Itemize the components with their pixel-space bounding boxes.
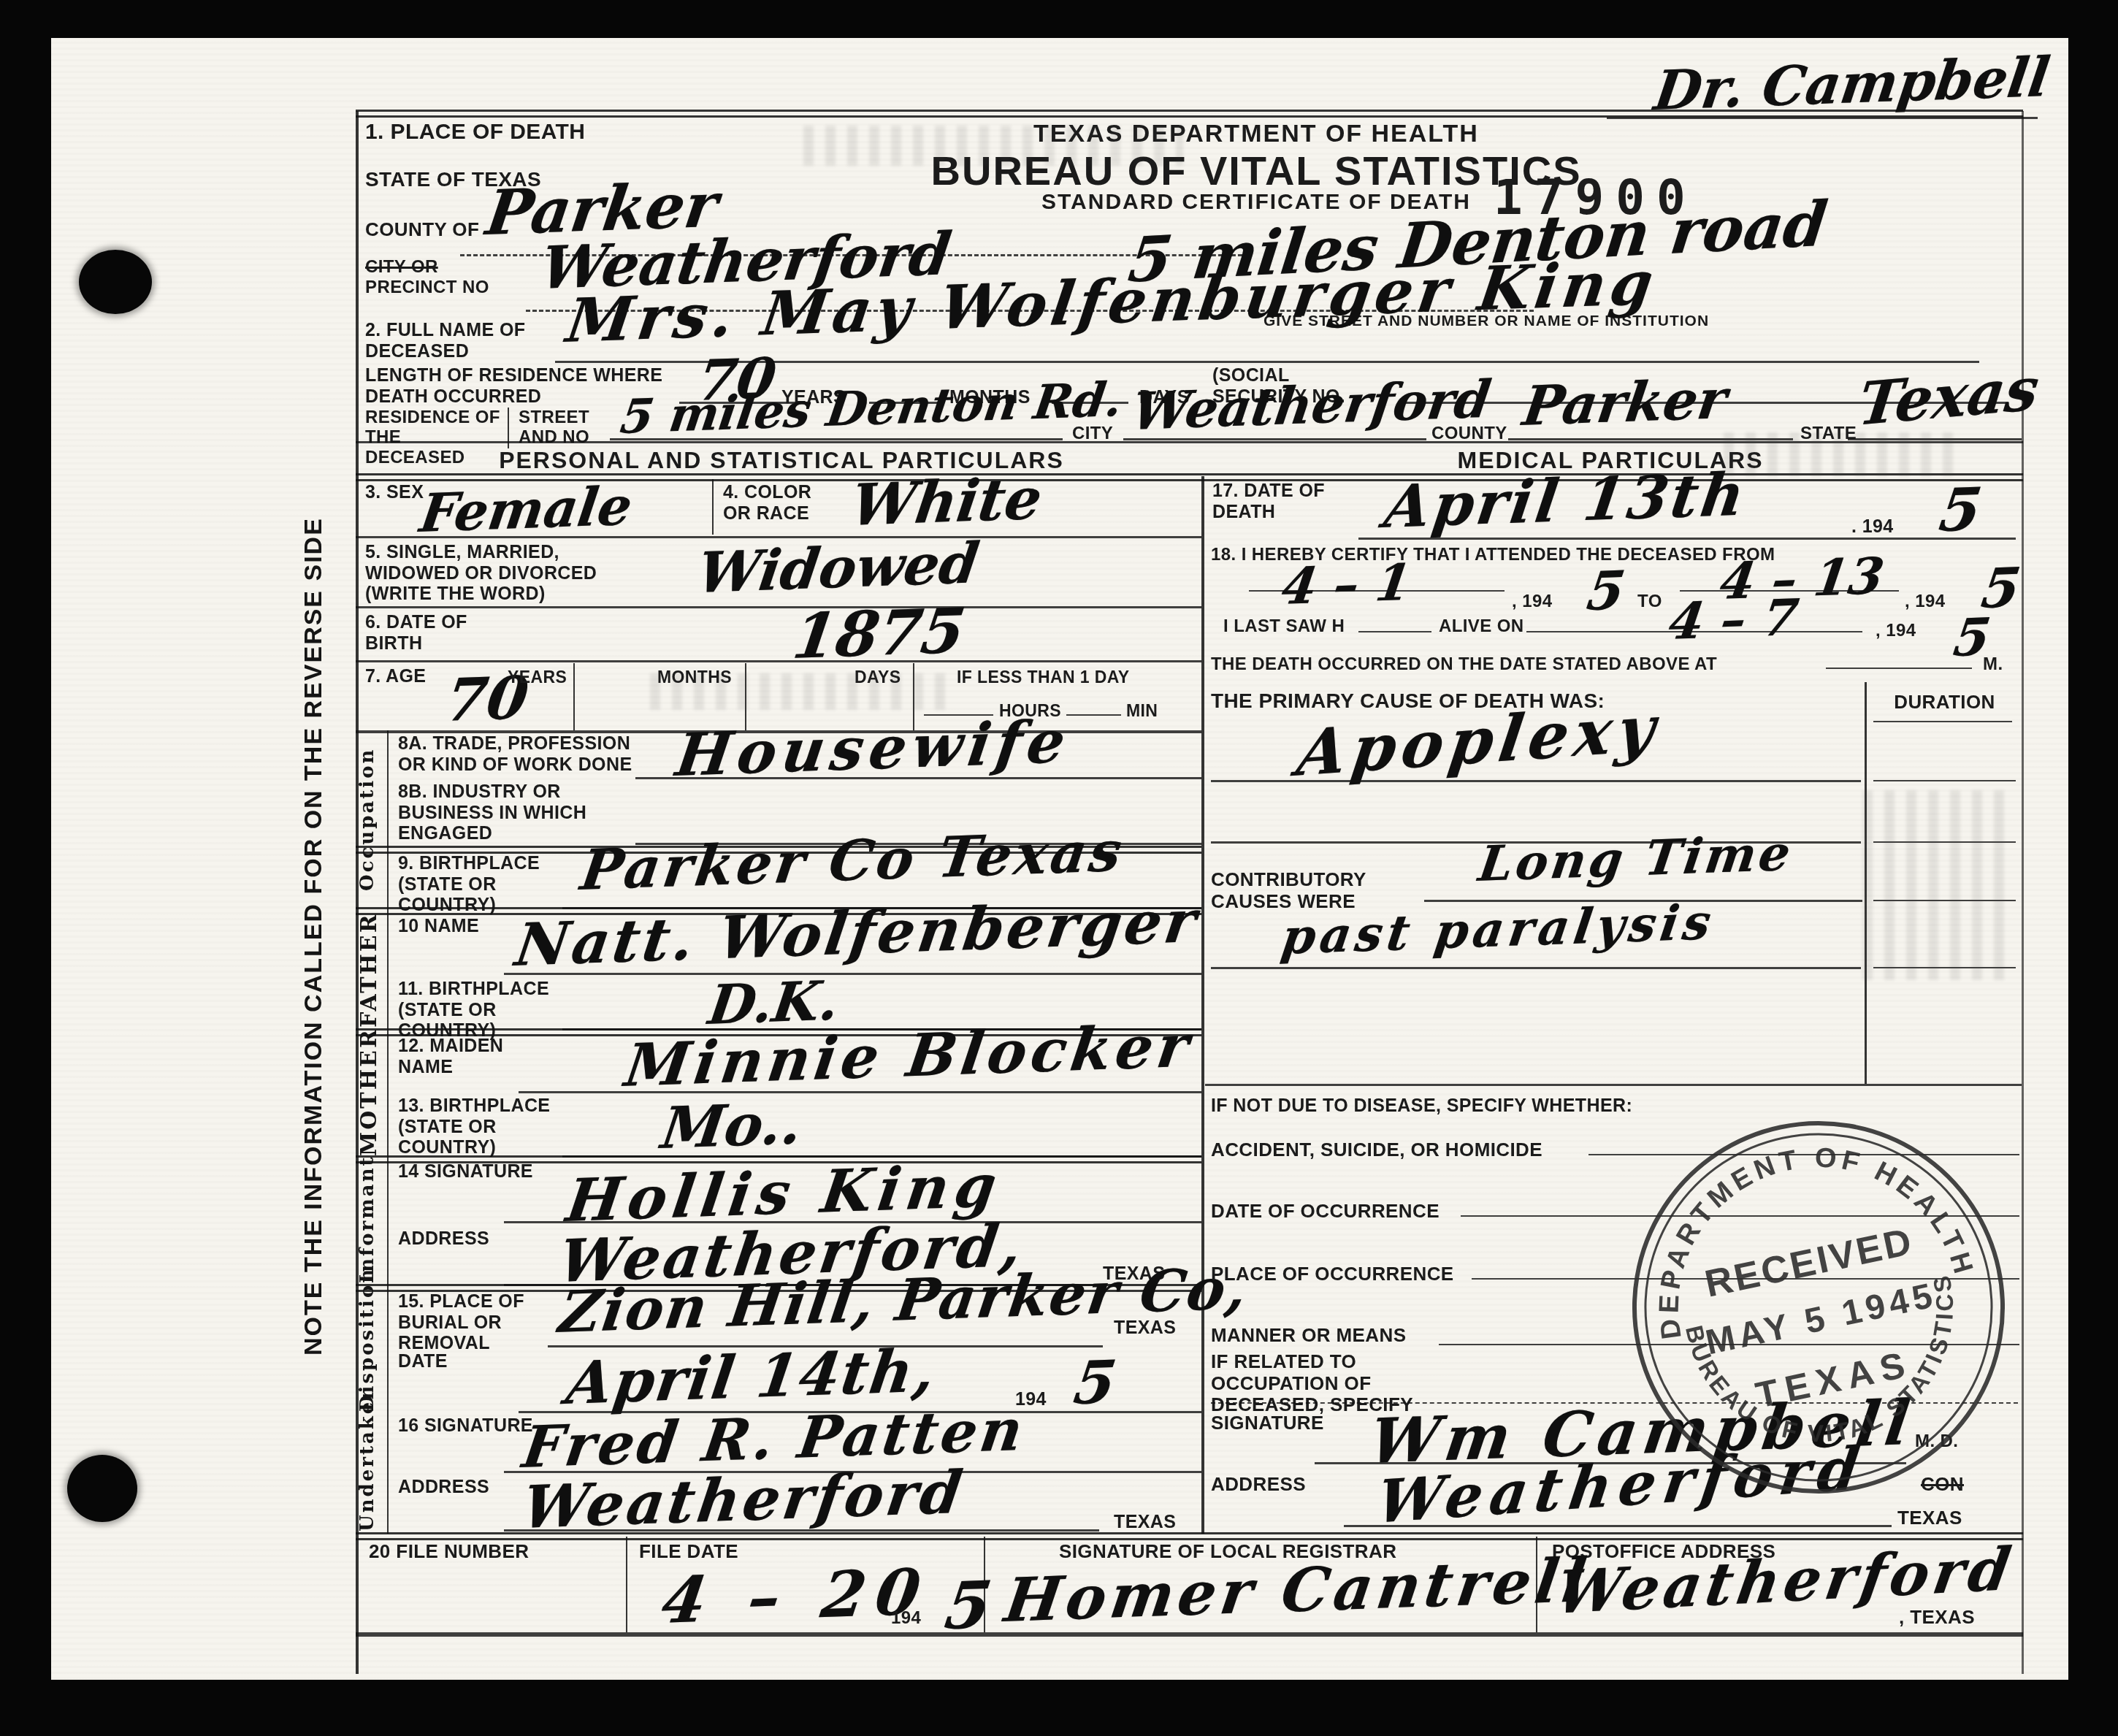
city-line bbox=[1123, 438, 1426, 440]
marital-value: Widowed bbox=[694, 530, 983, 605]
dod-label: 17. DATE OF DEATH bbox=[1212, 481, 1329, 522]
age-min-label: MIN bbox=[1126, 701, 1158, 720]
to-year-print: , 194 bbox=[1905, 592, 1945, 611]
form-bottom-border bbox=[356, 1632, 2023, 1637]
accident-label: ACCIDENT, SUICIDE, OR HOMICIDE bbox=[1211, 1139, 1542, 1161]
physician-state-label: TEXAS bbox=[1897, 1507, 1962, 1529]
informant-sig-label: 14 SIGNATURE bbox=[398, 1161, 533, 1182]
bleed-through-smudge bbox=[1724, 432, 1965, 476]
scanned-death-certificate: NOTE THE INFORMATION CALLED FOR ON THE R… bbox=[0, 0, 2118, 1736]
place-occ-label: PLACE OF OCCURRENCE bbox=[1211, 1263, 1454, 1285]
birthplace-value: Parker Co Texas bbox=[577, 819, 1128, 903]
duration-label: DURATION bbox=[1870, 692, 2019, 714]
file-date-label: FILE DATE bbox=[639, 1541, 738, 1563]
marital-label: 5. SINGLE, MARRIED, WIDOWED OR DIVORCED … bbox=[365, 542, 657, 605]
undertaker-addr-label: ADDRESS bbox=[398, 1477, 489, 1498]
undertaker-sig-label: 16 SIGNATURE bbox=[398, 1415, 533, 1437]
father-name-line bbox=[504, 973, 1201, 975]
precinct-no-label: PRECINCT NO bbox=[365, 278, 489, 297]
age-years-label: YEARS bbox=[508, 668, 567, 687]
street-value: 5 miles Denton Rd. bbox=[617, 372, 1125, 445]
physician-sig-label: SIGNATURE bbox=[1211, 1412, 1324, 1434]
burial-date-label: DATE bbox=[398, 1351, 448, 1372]
physician-addr-label: ADDRESS bbox=[1211, 1474, 1306, 1496]
mother-bp-label: 13. BIRTHPLACE (STATE OR COUNTRY) bbox=[398, 1095, 573, 1158]
res-state-value: Texas bbox=[1855, 353, 2043, 439]
age-div1 bbox=[573, 663, 575, 730]
lastsaw-blank bbox=[1358, 631, 1431, 632]
from-line bbox=[1249, 590, 1505, 592]
mother-side-label: MOTHER bbox=[356, 1036, 382, 1156]
alive-on-label: ALIVE ON bbox=[1439, 616, 1524, 636]
maiden-label: 12. MAIDEN NAME bbox=[398, 1036, 529, 1077]
street-line bbox=[610, 438, 1063, 440]
dod-year-hand: 5 bbox=[1935, 475, 1986, 545]
maiden-line bbox=[519, 1091, 1201, 1093]
mother-bp-value: Mo.. bbox=[657, 1090, 806, 1162]
po-state-label: , TEXAS bbox=[1899, 1607, 1975, 1629]
punch-hole-top bbox=[79, 250, 152, 314]
ifnot-label: IF NOT DUE TO DISEASE, SPECIFY WHETHER: bbox=[1211, 1095, 1632, 1117]
informant-addr-label: ADDRESS bbox=[398, 1228, 489, 1250]
footer-top-border bbox=[356, 1532, 2023, 1540]
file-number-label: 20 FILE NUMBER bbox=[369, 1541, 529, 1563]
place-of-death-label: 1. PLACE OF DEATH bbox=[365, 120, 585, 145]
physician-addr-line bbox=[1344, 1525, 1892, 1527]
race-label: 4. COLOR OR RACE bbox=[723, 482, 825, 524]
dod-year-print: . 194 bbox=[1851, 516, 1894, 538]
lastsaw-label: I LAST SAW H bbox=[1223, 616, 1345, 636]
burial-year-hand: 5 bbox=[1070, 1347, 1120, 1418]
contrib1-value: Long Time bbox=[1475, 825, 1797, 892]
file-year-print: 194 bbox=[891, 1608, 921, 1628]
date-occ-label: DATE OF OCCURRENCE bbox=[1211, 1201, 1440, 1223]
sex-race-divider bbox=[712, 479, 714, 535]
lastsaw-year-print: , 194 bbox=[1876, 621, 1916, 641]
full-name-label: 2. FULL NAME OF DECEASED bbox=[365, 320, 548, 362]
lastsaw-line bbox=[1526, 631, 1862, 632]
certify-from-value: 4 – 1 bbox=[1278, 553, 1415, 616]
dod-line bbox=[1358, 538, 2016, 540]
county-of-label: COUNTY OF bbox=[365, 219, 479, 241]
city-or-label: CITY OR bbox=[365, 257, 438, 277]
column-divider bbox=[1201, 476, 1204, 1534]
duration-seg-1 bbox=[1873, 780, 2016, 781]
occurred-m-label: M. bbox=[1983, 654, 2003, 674]
dod-value: April 13th bbox=[1380, 459, 1751, 541]
undertaker-side-label: Undertaker bbox=[356, 1418, 378, 1532]
bleed-through-smudge bbox=[650, 673, 957, 710]
trade-line bbox=[635, 777, 1201, 779]
reverse-side-note: NOTE THE INFORMATION CALLED FOR ON THE R… bbox=[299, 396, 328, 1477]
undertaker-state-label: TEXAS bbox=[1114, 1512, 1176, 1533]
duration-underline bbox=[1873, 721, 2012, 722]
manner-label: MANNER OR MEANS bbox=[1211, 1325, 1406, 1347]
row6-line bbox=[356, 660, 1201, 662]
burial-label: 15. PLACE OF BURIAL OR REMOVAL bbox=[398, 1291, 544, 1354]
occurred-line bbox=[1826, 668, 1972, 669]
occurred-label: THE DEATH OCCURRED ON THE DATE STATED AB… bbox=[1211, 654, 1717, 674]
age-label: 7. AGE bbox=[365, 666, 426, 687]
industry-label: 8B. INDUSTRY OR BUSINESS IN WHICH ENGAGE… bbox=[398, 781, 617, 844]
lastsaw-value: 4 – 7 bbox=[1665, 588, 1802, 651]
bleed-through-smudge bbox=[803, 126, 1183, 166]
contrib2-line bbox=[1211, 967, 1861, 969]
birthplace-label: 9. BIRTHPLACE (STATE OR COUNTRY) bbox=[398, 853, 559, 916]
father-name-label: 10 NAME bbox=[398, 916, 479, 937]
certify-to-label: TO bbox=[1637, 592, 1662, 611]
cause-line bbox=[1211, 780, 1861, 782]
received-stamp: DEPARTMENT OF HEALTH BUREAU OF VITAL STA… bbox=[1576, 1065, 2061, 1550]
undertaker-addr-line bbox=[504, 1529, 1099, 1532]
occupation-side-label: Occupation bbox=[356, 735, 378, 903]
res-county-value: Parker bbox=[1519, 368, 1731, 438]
sex-value: Female bbox=[416, 474, 636, 544]
footer-div1 bbox=[626, 1537, 627, 1632]
from-year-hand: 5 bbox=[1583, 559, 1629, 622]
father-side-label: FATHER bbox=[356, 914, 382, 1028]
age-less-label: IF LESS THAN 1 DAY bbox=[957, 668, 1129, 687]
row5-line bbox=[356, 606, 1201, 608]
annotation-underline bbox=[1607, 117, 2038, 119]
punch-hole-bottom bbox=[67, 1455, 137, 1522]
dob-label: 6. DATE OF BIRTH bbox=[365, 612, 482, 654]
trade-label: 8A. TRADE, PROFESSION OR KIND OF WORK DO… bbox=[398, 733, 639, 775]
informant-side-label: Informant bbox=[356, 1163, 378, 1283]
from-year-print: , 194 bbox=[1512, 592, 1552, 611]
personal-section-title: PERSONAL AND STATISTICAL PARTICULARS bbox=[365, 447, 1198, 473]
certificate-paper: NOTE THE INFORMATION CALLED FOR ON THE R… bbox=[51, 38, 2068, 1680]
sex-label: 3. SEX bbox=[365, 482, 424, 503]
race-value: White bbox=[847, 465, 1046, 539]
bleed-through-smudge bbox=[1862, 790, 2008, 980]
burial-state-label: TEXAS bbox=[1114, 1318, 1176, 1339]
